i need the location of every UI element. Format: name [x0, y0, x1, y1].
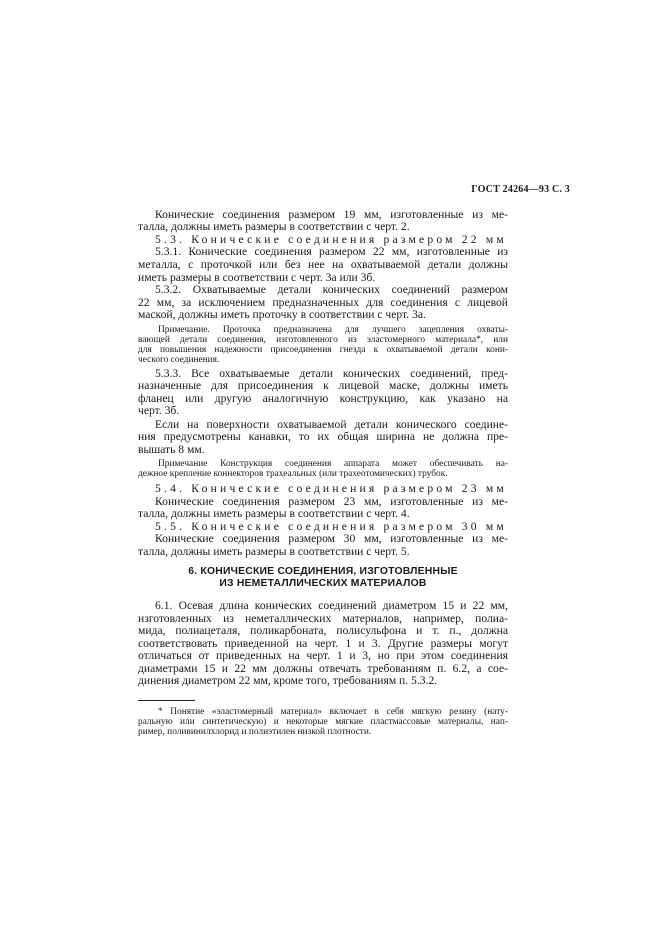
- text-line: 6.1. Осевая длина конических соединений …: [155, 600, 508, 612]
- text-line: ния предусмотрены канавки, то их общая ш…: [138, 431, 508, 443]
- text-line: 5.3.1. Конические соединения размером 22…: [155, 246, 508, 258]
- footnote-line: * Понятие «эластомерный материал» включа…: [158, 707, 508, 717]
- text-line: Конические соединения размером 30 мм, из…: [155, 533, 508, 545]
- text-line: назначенные для присоединения к лицевой …: [138, 380, 508, 392]
- document-page: ГОСТ 24264—93 С. 3 Конические соединения…: [0, 0, 661, 935]
- note-line: дежное крепление коннекторов трахеальных…: [138, 469, 508, 479]
- footnote-line: ример, поливинилхлорид и полиэтилен низк…: [138, 727, 508, 737]
- note-line: Примечание. Проточка предназначена для л…: [158, 325, 508, 335]
- text-line: отличаться от приведенных на черт. 1 и 3…: [138, 650, 508, 662]
- section-heading: ИЗ НЕМЕТАЛЛИЧЕСКИХ МАТЕРИАЛОВ: [138, 578, 508, 590]
- running-header: ГОСТ 24264—93 С. 3: [471, 184, 570, 195]
- text-line: черт. 3б.: [138, 405, 508, 417]
- text-line: талла, должны иметь размеры в соответств…: [138, 508, 508, 520]
- text-line: мида, полиацеталя, поликарбоната, полису…: [138, 625, 508, 637]
- text-line: динения диаметром 22 мм, кроме того, тре…: [138, 675, 508, 687]
- footnote-line: ральную или синтетическую) и некоторые м…: [138, 717, 508, 727]
- text-line: фланец или другую аналогичную конструкци…: [138, 393, 508, 405]
- text-line: вышать 8 мм.: [138, 444, 508, 456]
- note-line: для повышения надежности присоединения г…: [138, 345, 508, 355]
- text-line: маской, должны иметь проточку в соответс…: [138, 309, 508, 321]
- text-line: металла, с проточкой или без нее на охва…: [138, 259, 508, 271]
- text-line: 5.3.2. Охватываемые детали конических со…: [155, 284, 508, 296]
- note-line: Примечание Конструкция соединения аппара…: [158, 459, 508, 469]
- footnote-divider: [138, 700, 195, 701]
- note-line: ческого соединения.: [138, 355, 508, 365]
- subsection-heading: 5.4. Конические соединения размером 23 м…: [155, 483, 508, 495]
- text-line: талла, должны иметь размеры в соответств…: [138, 546, 508, 558]
- section-heading: 6. КОНИЧЕСКИЕ СОЕДИНЕНИЯ, ИЗГОТОВЛЕННЫЕ: [138, 566, 508, 578]
- text-line: талла, должны иметь размеры в соответств…: [138, 221, 508, 233]
- note-line: вающей детали соединения, изготовленного…: [138, 335, 508, 345]
